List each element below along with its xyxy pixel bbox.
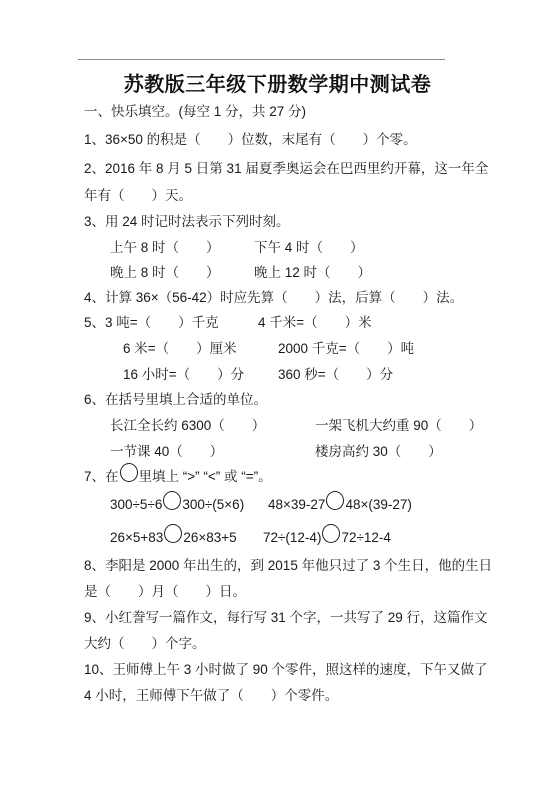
q7-comparison-2: 48×39-2748×(39-27) [268,496,412,514]
q7-3-left: 26×5+83 [110,530,163,545]
q7-comparison-4: 72÷(12-4)72÷12-4 [263,529,391,547]
q7-comparison-3: 26×5+8326×83+5 [110,529,237,547]
q7-3-right: 26×83+5 [183,530,236,545]
q5-item-3: 6 米=（ ）厘米 [123,340,237,358]
q7-suffix: 里填上 “>” “<” 或 “=”。 [139,469,272,484]
question-4: 4、计算 36×（56-42）时应先算（ ）法，后算（ ）法。 [84,289,463,307]
header-rule [78,59,445,60]
q7-4-right: 72÷12-4 [341,530,390,545]
q3-item-1: 上午 8 时（ ） [110,239,220,257]
question-3: 3、用 24 时记时法表示下列时刻。 [84,213,290,231]
question-9-line-1: 9、小红誊写一篇作文，每行写 31 个字，一共写了 29 行，这篇作文 [84,609,488,627]
question-2-line-1: 2、2016 年 8 月 5 日第 31 届夏季奥运会在巴西里约开幕，这一年全 [84,160,488,178]
question-10-line-2: 4 小时，王师傅下午做了（ ）个零件。 [84,687,338,705]
q6-item-1: 长江全长约 6300（ ） [110,417,265,435]
q5-item-1: 3 吨=（ ）千克 [105,314,219,332]
q7-prefix: 7、在 [84,469,119,484]
section-heading: 一、快乐填空。(每空 1 分，共 27 分) [84,103,306,121]
circle-blank-icon[interactable] [326,491,344,510]
q3-item-4: 晚上 12 时（ ） [254,264,371,282]
q7-2-left: 48×39-27 [268,497,325,512]
question-8-line-1: 8、李阳是 2000 年出生的，到 2015 年他只过了 3 个生日，他的生日 [84,557,492,575]
question-8-line-2: 是（ ）月（ ）日。 [84,583,246,601]
q3-item-3: 晚上 8 时（ ） [110,264,220,282]
q5-item-2: 4 千米=（ ）米 [258,314,372,332]
question-1: 1、36×50 的积是（ ）位数，末尾有（ ）个零。 [84,131,417,149]
question-7: 7、在里填上 “>” “<” 或 “=”。 [84,468,272,486]
circle-blank-icon[interactable] [164,524,182,543]
circle-blank-icon[interactable] [322,524,340,543]
q6-item-2: 一架飞机大约重 90（ ） [315,417,482,435]
q6-item-3: 一节课 40（ ） [110,443,223,461]
q7-4-left: 72÷(12-4) [263,530,321,545]
question-5-prefix: 5、 [84,314,105,332]
q7-1-left: 300÷5÷6 [110,497,162,512]
circle-blank-icon[interactable] [163,491,181,510]
question-10-line-1: 10、王师傅上午 3 小时做了 90 个零件，照这样的速度，下午又做了 [84,661,488,679]
q3-item-2: 下午 4 时（ ） [254,239,364,257]
q5-item-6: 360 秒=（ ）分 [278,366,393,384]
question-2-line-2: 年有（ ）天。 [84,187,192,205]
q6-item-4: 楼房高约 30（ ） [315,443,442,461]
question-9-line-2: 大约（ ）个字。 [84,635,206,653]
question-6: 6、在括号里填上合适的单位。 [84,391,267,409]
page-title: 苏教版三年级下册数学期中测试卷 [0,68,555,97]
q5-item-4: 2000 千克=（ ）吨 [278,340,414,358]
q7-comparison-1: 300÷5÷6300÷(5×6) [110,496,244,514]
circle-blank-icon [120,463,138,482]
q7-1-right: 300÷(5×6) [182,497,244,512]
q7-2-right: 48×(39-27) [345,497,411,512]
q5-item-5: 16 小时=（ ）分 [123,366,244,384]
